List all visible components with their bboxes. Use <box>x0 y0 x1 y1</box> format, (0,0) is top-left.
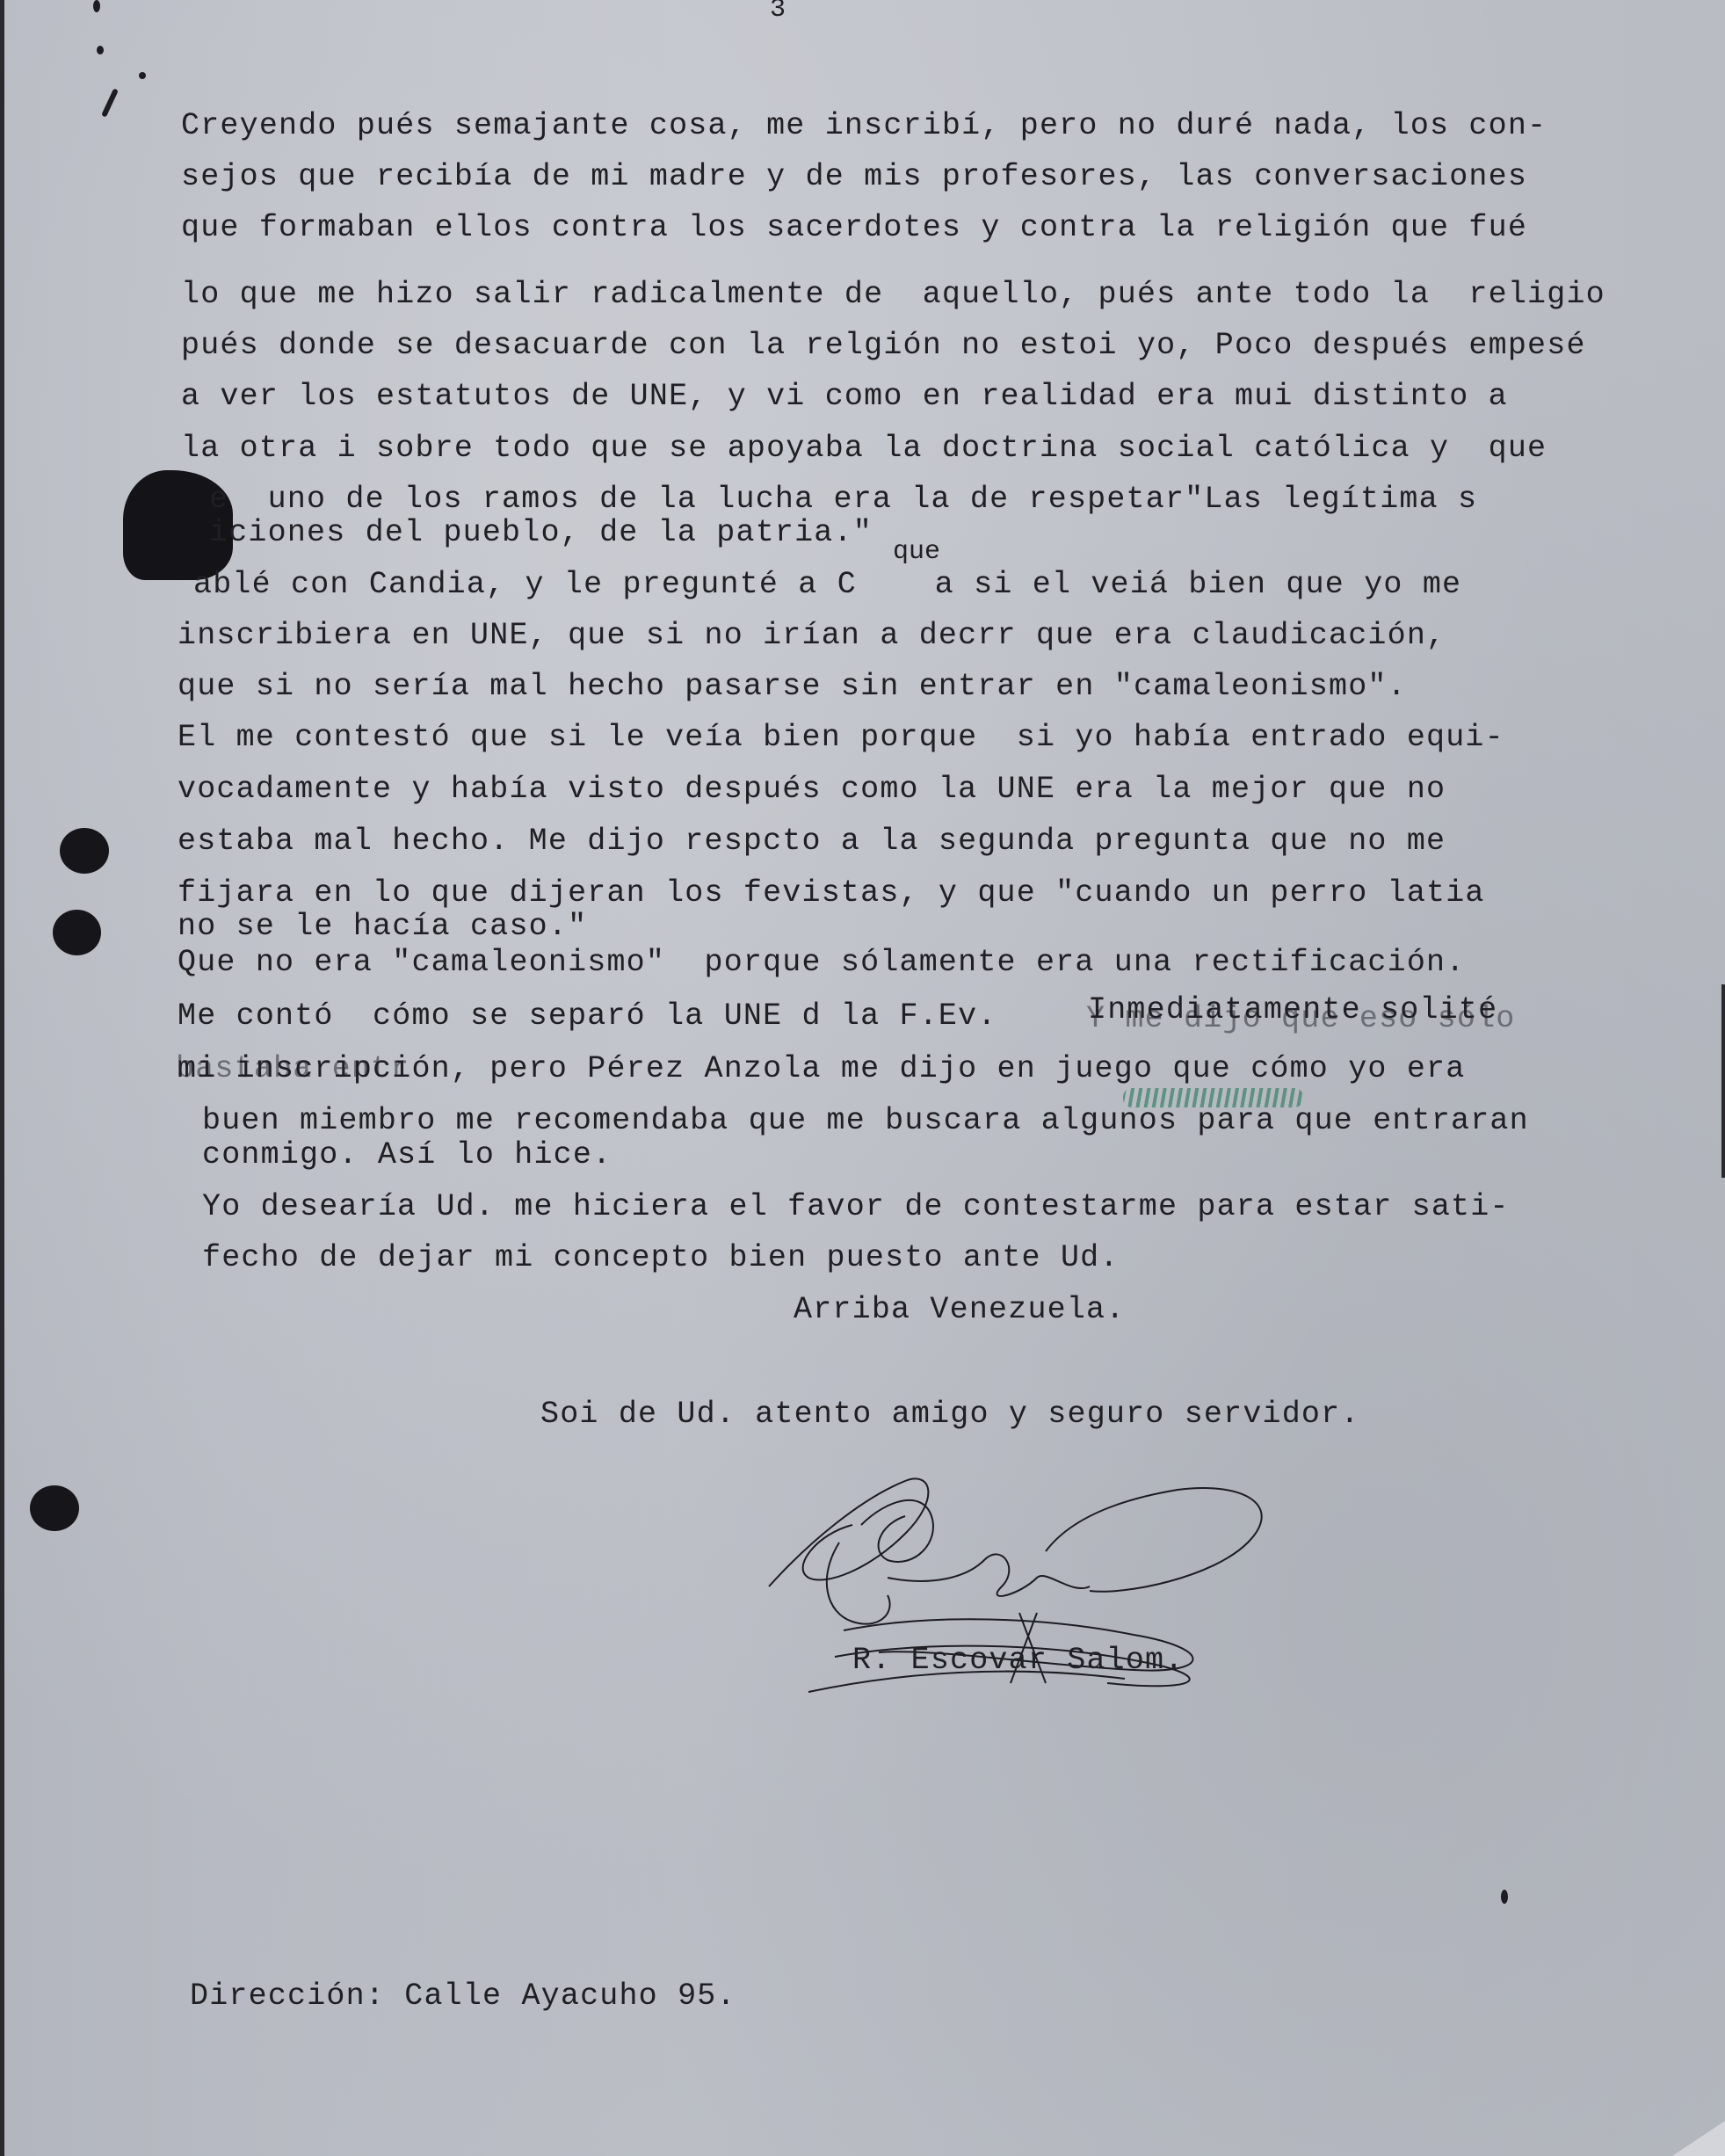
body-line: pués donde se desacuarde con la relgión … <box>181 330 1586 361</box>
address-line: Dirección: Calle Ayacuho 95. <box>190 1981 736 2012</box>
body-line: la otra i sobre todo que se apoyaba la d… <box>181 433 1547 464</box>
ink-speck <box>139 72 146 79</box>
page-number: 3 <box>770 0 786 25</box>
body-line: buen miembro me recomendaba que me busca… <box>202 1106 1529 1136</box>
body-line: Que no era "camaleonismo" porque sólamen… <box>178 947 1465 978</box>
typed-insertion: que <box>893 537 940 567</box>
scan-edge-right <box>1721 984 1725 1178</box>
closing-motto: Arriba Venezuela. <box>794 1295 1125 1325</box>
body-line: vocadamente y había visto después como l… <box>178 774 1446 805</box>
ink-speck <box>1501 1890 1508 1904</box>
body-line: Me contó cómo se separó la UNE d la F.Ev… <box>178 1001 997 1032</box>
body-line: e uno de los ramos de la lucha era la de… <box>209 484 1477 515</box>
body-line: mi inscripción, pero Pérez Anzola me dij… <box>178 1054 1465 1085</box>
body-line: conmigo. Así lo hice. <box>202 1140 612 1171</box>
ink-speck <box>101 88 119 117</box>
body-line: fijara en lo que dijeran los fevistas, y… <box>178 878 1485 909</box>
punch-hole-blot <box>60 828 109 874</box>
body-line: fecho de dejar mi concepto bien puesto a… <box>202 1243 1120 1274</box>
body-line: que formaban ellos contra los sacerdotes… <box>181 213 1527 243</box>
signature-name: R. Escovar Salom. <box>852 1645 1184 1676</box>
body-line: El me contestó que si le veía bien porqu… <box>178 722 1504 753</box>
ink-speck <box>93 0 100 12</box>
body-line: Yo desearía Ud. me hiciera el favor de c… <box>202 1192 1510 1223</box>
body-line: que si no sería mal hecho pasarse sin en… <box>178 671 1407 702</box>
punch-hole-blot <box>30 1485 79 1531</box>
body-line: iciones del pueblo, de la patria." <box>209 518 873 548</box>
punch-hole-blot <box>53 910 101 955</box>
body-line: ablé con Candia, y le pregunté a C a si … <box>193 570 1461 600</box>
body-line: inscribiera en UNE, que si no irían a de… <box>178 621 1446 651</box>
body-line: estaba mal hecho. Me dijo respcto a la s… <box>178 826 1446 857</box>
body-line: sejos que recibía de mi madre y de mis p… <box>181 162 1527 192</box>
body-line: Creyendo pués semajante cosa, me inscrib… <box>181 111 1547 142</box>
salutation: Soi de Ud. atento amigo y seguro servido… <box>540 1399 1360 1430</box>
body-line: a ver los estatutos de UNE, y vi como en… <box>181 381 1508 412</box>
body-line: no se le hacía caso." <box>178 911 587 942</box>
scan-edge-left <box>0 0 4 2156</box>
typed-correction: Inmediatamente solité <box>1088 995 1497 1026</box>
ink-speck <box>97 46 104 54</box>
body-line: lo que me hizo salir radicalmente de aqu… <box>181 279 1605 310</box>
page-corner-fold <box>1672 2121 1725 2156</box>
